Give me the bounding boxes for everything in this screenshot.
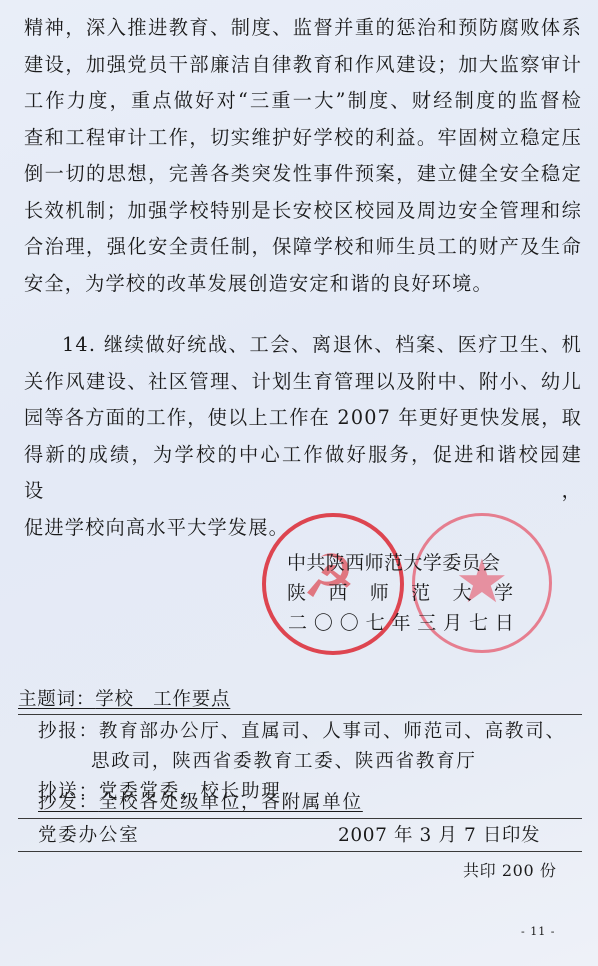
- char: 三: [417, 608, 436, 638]
- text-line: 合治理，强化安全责任制，保障学校和师生员工的财产及生命: [24, 229, 582, 266]
- divider: [18, 818, 582, 819]
- char: 范: [411, 578, 430, 608]
- distribute-value: 全校各处级单位，各附属单位: [99, 792, 363, 813]
- issuer-university: 陕 西 师 范 大 学: [287, 578, 513, 608]
- report-to-line-2: 思政司，陕西省委教育工委、陕西省教育厅: [91, 748, 477, 775]
- divider: [18, 714, 582, 715]
- char: 二: [288, 608, 307, 638]
- issuer-party-committee: 中共陕西师范大学委员会: [287, 548, 500, 578]
- char: 七: [366, 608, 385, 638]
- text-line: 安全，为学校的改革发展创造安定和谐的良好环境。: [24, 266, 582, 303]
- char: 〇: [314, 608, 333, 638]
- char: 月: [443, 608, 462, 638]
- text-line: 14. 继续做好统战、工会、离退休、档案、医疗卫生、机: [24, 327, 582, 364]
- paragraph-item-14: 14. 继续做好统战、工会、离退休、档案、医疗卫生、机 关作风建设、社区管理、计…: [24, 327, 582, 546]
- char: 〇: [340, 608, 359, 638]
- document-page: 精神，深入推进教育、制度、监督并重的惩治和预防腐败体系 建设，加强党员干部廉洁自…: [0, 0, 598, 966]
- keywords-row: 主题词：学校 工作要点: [18, 686, 230, 713]
- paragraph-continuation: 精神，深入推进教育、制度、监督并重的惩治和预防腐败体系 建设，加强党员干部廉洁自…: [24, 10, 582, 302]
- distribute-row: 抄发：全校各处级单位，各附属单位: [38, 789, 363, 816]
- text-line: 得新的成绩，为学校的中心工作做好服务，促进和谐校园建设，: [24, 437, 582, 510]
- report-to-label: 抄报：: [38, 721, 99, 742]
- char: 年: [391, 608, 410, 638]
- text-line: 工作力度，重点做好对“三重一大”制度、财经制度的监督检: [24, 83, 582, 120]
- char: 陕: [287, 578, 306, 608]
- issuing-office: 党委办公室: [38, 822, 140, 849]
- char: 七: [469, 608, 488, 638]
- text-line: 建设，加强党员干部廉洁自律教育和作风建设；加大监察审计: [24, 47, 582, 84]
- char: 师: [370, 578, 389, 608]
- print-date: 2007 年 3 月 7 日印发: [338, 822, 540, 849]
- keywords-value: 学校 工作要点: [95, 689, 230, 710]
- report-to-row: 抄报：教育部办公厅、直属司、人事司、师范司、高教司、: [38, 718, 566, 745]
- text-line: 长效机制；加强学校特别是长安校区校园及周边安全管理和综: [24, 193, 582, 230]
- char: 西: [328, 578, 347, 608]
- page-number: - 11 -: [521, 925, 555, 938]
- text-line: 倒一切的思想，完善各类突发性事件预案，建立健全安全稳定: [24, 156, 582, 193]
- text-line: 园等各方面的工作，使以上工作在 2007 年更好更快发展，取: [24, 400, 582, 437]
- divider: [18, 851, 582, 852]
- report-to-line-1: 教育部办公厅、直属司、人事司、师范司、高教司、: [99, 721, 566, 742]
- distribute-label: 抄发：: [38, 792, 99, 813]
- char: 大: [453, 578, 472, 608]
- keywords-label: 主题词：: [18, 689, 95, 710]
- text-line: 查和工程审计工作，切实维护好学校的利益。牢固树立稳定压: [24, 120, 582, 157]
- char: 日: [495, 608, 514, 638]
- text-line: 关作风建设、社区管理、计划生育管理以及附中、附小、幼儿: [24, 364, 582, 401]
- copies-count: 共印 200 份: [463, 857, 557, 884]
- char: 学: [494, 578, 513, 608]
- text-line: 精神，深入推进教育、制度、监督并重的惩治和预防腐败体系: [24, 10, 582, 47]
- signature-date: 二 〇 〇 七 年 三 月 七 日: [288, 608, 514, 638]
